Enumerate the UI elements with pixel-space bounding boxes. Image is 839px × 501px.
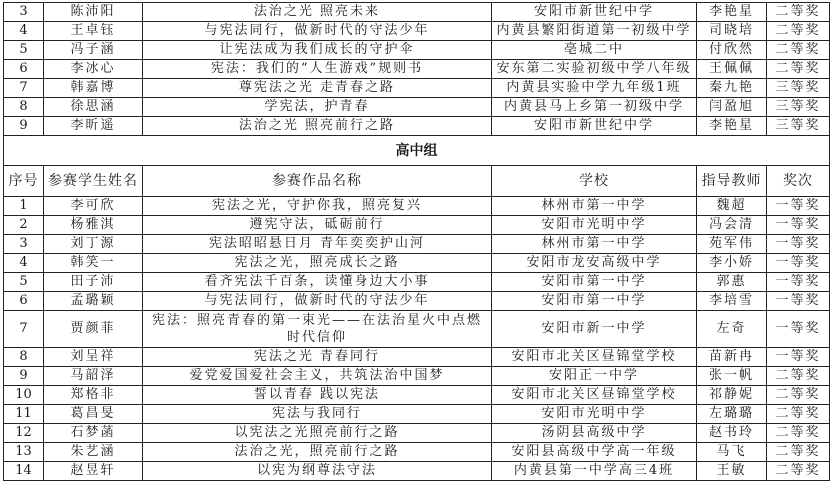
work-title: 宪法之光 青春同行 [143,348,492,367]
award: 二等奖 [767,443,830,462]
header-name: 参赛学生姓名 [44,166,143,197]
student-name: 李可欣 [44,197,143,216]
school: 安阳县高级中学高一年级 [492,443,697,462]
award: 一等奖 [767,254,830,273]
school: 亳城二中 [492,41,697,60]
school: 汤阴县高级中学 [492,424,697,443]
header-row: 序号 参赛学生姓名 参赛作品名称 学校 指导教师 奖次 [4,166,830,197]
work-title: 爱党爱国爱社会主义，共筑法治中国梦 [143,367,492,386]
student-name: 杨雅淇 [44,216,143,235]
table-row: 10郑格非誓以青春 践以宪法安阳市北关区昼锦堂学校祁静妮二等奖 [4,386,830,405]
award: 二等奖 [767,405,830,424]
school: 安阳市光明中学 [492,405,697,424]
award: 一等奖 [767,235,830,254]
student-name: 韩笑一 [44,254,143,273]
table-row: 12石梦菡以宪法之光照亮前行之路汤阴县高级中学赵书玲二等奖 [4,424,830,443]
header-teacher: 指导教师 [697,166,767,197]
teacher: 祁静妮 [697,386,767,405]
work-title: 与宪法同行，做新时代的守法少年 [143,292,492,311]
award: 二等奖 [767,3,830,22]
student-name: 马韶泽 [44,367,143,386]
row-number: 14 [4,462,44,481]
row-number: 9 [4,367,44,386]
row-number: 13 [4,443,44,462]
work-title: 宪法昭昭悬日月 青年奕奕护山河 [143,235,492,254]
teacher: 付欣然 [697,41,767,60]
table-row: 9李昕遥法治之光 照亮前行之路安阳市新世纪中学李艳星三等奖 [4,117,830,136]
student-name: 王卓钰 [44,22,143,41]
section-title: 高中组 [4,136,830,166]
row-number: 6 [4,292,44,311]
row-number: 11 [4,405,44,424]
teacher: 左璐璐 [697,405,767,424]
award: 一等奖 [767,348,830,367]
table-row: 3刘丁源宪法昭昭悬日月 青年奕奕护山河林州市第一中学苑军伟一等奖 [4,235,830,254]
work-title: 让宪法成为我们成长的守护伞 [143,41,492,60]
table-row: 7贾颜菲宪法：照亮青春的第一束光——在法治星火中点燃时代信仰安阳市新一中学左奇一… [4,311,830,348]
table-row: 4王卓钰与宪法同行，做新时代的守法少年内黄县繁阳街道第一初级中学司晓培二等奖 [4,22,830,41]
table-row: 13朱艺涵法治之光，照亮前行之路安阳县高级中学高一年级马飞二等奖 [4,443,830,462]
row-number: 9 [4,117,44,136]
award: 二等奖 [767,462,830,481]
school: 安阳市新世纪中学 [492,117,697,136]
teacher: 赵书玲 [697,424,767,443]
award: 三等奖 [767,79,830,98]
student-name: 朱艺涵 [44,443,143,462]
school: 安东第二实验初级中学八年级 [492,60,697,79]
row-number: 5 [4,41,44,60]
award: 二等奖 [767,22,830,41]
school: 内黄县繁阳街道第一初级中学 [492,22,697,41]
work-title: 法治之光 照亮前行之路 [143,117,492,136]
teacher: 李艳星 [697,3,767,22]
school: 安阳市新世纪中学 [492,3,697,22]
row-number: 4 [4,22,44,41]
row-number: 2 [4,216,44,235]
teacher: 王佩佩 [697,60,767,79]
student-name: 郑格非 [44,386,143,405]
award: 二等奖 [767,60,830,79]
row-number: 6 [4,60,44,79]
school: 安阳市龙安高级中学 [492,254,697,273]
teacher: 苑军伟 [697,235,767,254]
student-name: 赵昱轩 [44,462,143,481]
award: 一等奖 [767,311,830,348]
row-number: 1 [4,197,44,216]
row-number: 5 [4,273,44,292]
teacher: 闫盈旭 [697,98,767,117]
school: 林州市第一中学 [492,197,697,216]
table-row: 5冯子涵让宪法成为我们成长的守护伞亳城二中付欣然二等奖 [4,41,830,60]
row-number: 8 [4,98,44,117]
award: 三等奖 [767,98,830,117]
header-work: 参赛作品名称 [143,166,492,197]
work-title: 宪法之光，照亮成长之路 [143,254,492,273]
work-title: 遵宪守法，砥砺前行 [143,216,492,235]
student-name: 李冰心 [44,60,143,79]
row-number: 12 [4,424,44,443]
work-title: 誓以青春 践以宪法 [143,386,492,405]
work-title: 以宪法之光照亮前行之路 [143,424,492,443]
school: 安阳市第一中学 [492,292,697,311]
teacher: 苗新冉 [697,348,767,367]
table-row: 6李冰心宪法：我们的“人生游戏”规则书安东第二实验初级中学八年级王佩佩二等奖 [4,60,830,79]
section-title-row: 高中组 [4,136,830,166]
student-name: 贾颜菲 [44,311,143,348]
student-name: 韩嘉博 [44,79,143,98]
work-title: 法治之光，照亮前行之路 [143,443,492,462]
school: 安阳市北关区昼锦堂学校 [492,386,697,405]
row-number: 10 [4,386,44,405]
award: 二等奖 [767,41,830,60]
teacher: 郭惠 [697,273,767,292]
row-number: 4 [4,254,44,273]
school: 内黄县实验中学九年级1班 [492,79,697,98]
table-row: 11葛昌旻宪法与我同行安阳市光明中学左璐璐二等奖 [4,405,830,424]
header-school: 学校 [492,166,697,197]
table-row: 6孟璐颖与宪法同行，做新时代的守法少年安阳市第一中学李培雪一等奖 [4,292,830,311]
school: 林州市第一中学 [492,235,697,254]
school: 内黄县马上乡第一初级中学 [492,98,697,117]
award: 一等奖 [767,273,830,292]
work-title: 宪法与我同行 [143,405,492,424]
student-name: 徐思涵 [44,98,143,117]
table-row: 4韩笑一宪法之光，照亮成长之路安阳市龙安高级中学李小娇一等奖 [4,254,830,273]
row-number: 3 [4,235,44,254]
student-name: 刘呈祥 [44,348,143,367]
award: 二等奖 [767,367,830,386]
teacher: 李培雪 [697,292,767,311]
student-name: 田子沛 [44,273,143,292]
teacher: 秦九艳 [697,79,767,98]
student-name: 孟璐颖 [44,292,143,311]
table-row: 1李可欣宪法之光，守护你我，照亮复兴林州市第一中学魏超一等奖 [4,197,830,216]
student-name: 葛昌旻 [44,405,143,424]
teacher: 李艳星 [697,117,767,136]
school: 内黄县第一中学高三4班 [492,462,697,481]
school: 安阳市新一中学 [492,311,697,348]
work-title: 宪法：我们的“人生游戏”规则书 [143,60,492,79]
work-title: 看齐宪法千百条，读懂身边大小事 [143,273,492,292]
student-name: 陈沛阳 [44,3,143,22]
award: 一等奖 [767,216,830,235]
school: 安阳市北关区昼锦堂学校 [492,348,697,367]
teacher: 张一帆 [697,367,767,386]
student-name: 李昕遥 [44,117,143,136]
table-row: 9马韶泽爱党爱国爱社会主义，共筑法治中国梦安阳正一中学张一帆二等奖 [4,367,830,386]
award: 二等奖 [767,386,830,405]
student-name: 石梦菡 [44,424,143,443]
table-row: 8徐思涵学宪法，护青春内黄县马上乡第一初级中学闫盈旭三等奖 [4,98,830,117]
teacher: 马飞 [697,443,767,462]
school: 安阳市第一中学 [492,273,697,292]
award: 二等奖 [767,424,830,443]
table-row: 2杨雅淇遵宪守法，砥砺前行安阳市光明中学冯会清一等奖 [4,216,830,235]
header-award: 奖次 [767,166,830,197]
student-name: 冯子涵 [44,41,143,60]
work-title: 学宪法，护青春 [143,98,492,117]
school: 安阳市光明中学 [492,216,697,235]
award: 一等奖 [767,292,830,311]
table-row: 5田子沛看齐宪法千百条，读懂身边大小事安阳市第一中学郭惠一等奖 [4,273,830,292]
row-number: 3 [4,3,44,22]
student-name: 刘丁源 [44,235,143,254]
row-number: 7 [4,79,44,98]
teacher: 冯会清 [697,216,767,235]
teacher: 司晓培 [697,22,767,41]
teacher: 王敏 [697,462,767,481]
work-title: 以宪为纲尊法守法 [143,462,492,481]
awards-table: 3陈沛阳法治之光 照亮未来安阳市新世纪中学李艳星二等奖 4王卓钰与宪法同行，做新… [3,2,830,481]
row-number: 8 [4,348,44,367]
table-row: 8刘呈祥宪法之光 青春同行安阳市北关区昼锦堂学校苗新冉一等奖 [4,348,830,367]
teacher: 李小娇 [697,254,767,273]
teacher: 左奇 [697,311,767,348]
work-title: 宪法：照亮青春的第一束光——在法治星火中点燃时代信仰 [143,311,492,348]
header-no: 序号 [4,166,44,197]
table-row: 14赵昱轩以宪为纲尊法守法内黄县第一中学高三4班王敏二等奖 [4,462,830,481]
award: 三等奖 [767,117,830,136]
work-title: 法治之光 照亮未来 [143,3,492,22]
work-title: 与宪法同行，做新时代的守法少年 [143,22,492,41]
work-title: 宪法之光，守护你我，照亮复兴 [143,197,492,216]
teacher: 魏超 [697,197,767,216]
school: 安阳正一中学 [492,367,697,386]
table-row: 7韩嘉博尊宪法之光 走青春之路内黄县实验中学九年级1班秦九艳三等奖 [4,79,830,98]
row-number: 7 [4,311,44,348]
table-row: 3陈沛阳法治之光 照亮未来安阳市新世纪中学李艳星二等奖 [4,3,830,22]
award: 一等奖 [767,197,830,216]
work-title: 尊宪法之光 走青春之路 [143,79,492,98]
